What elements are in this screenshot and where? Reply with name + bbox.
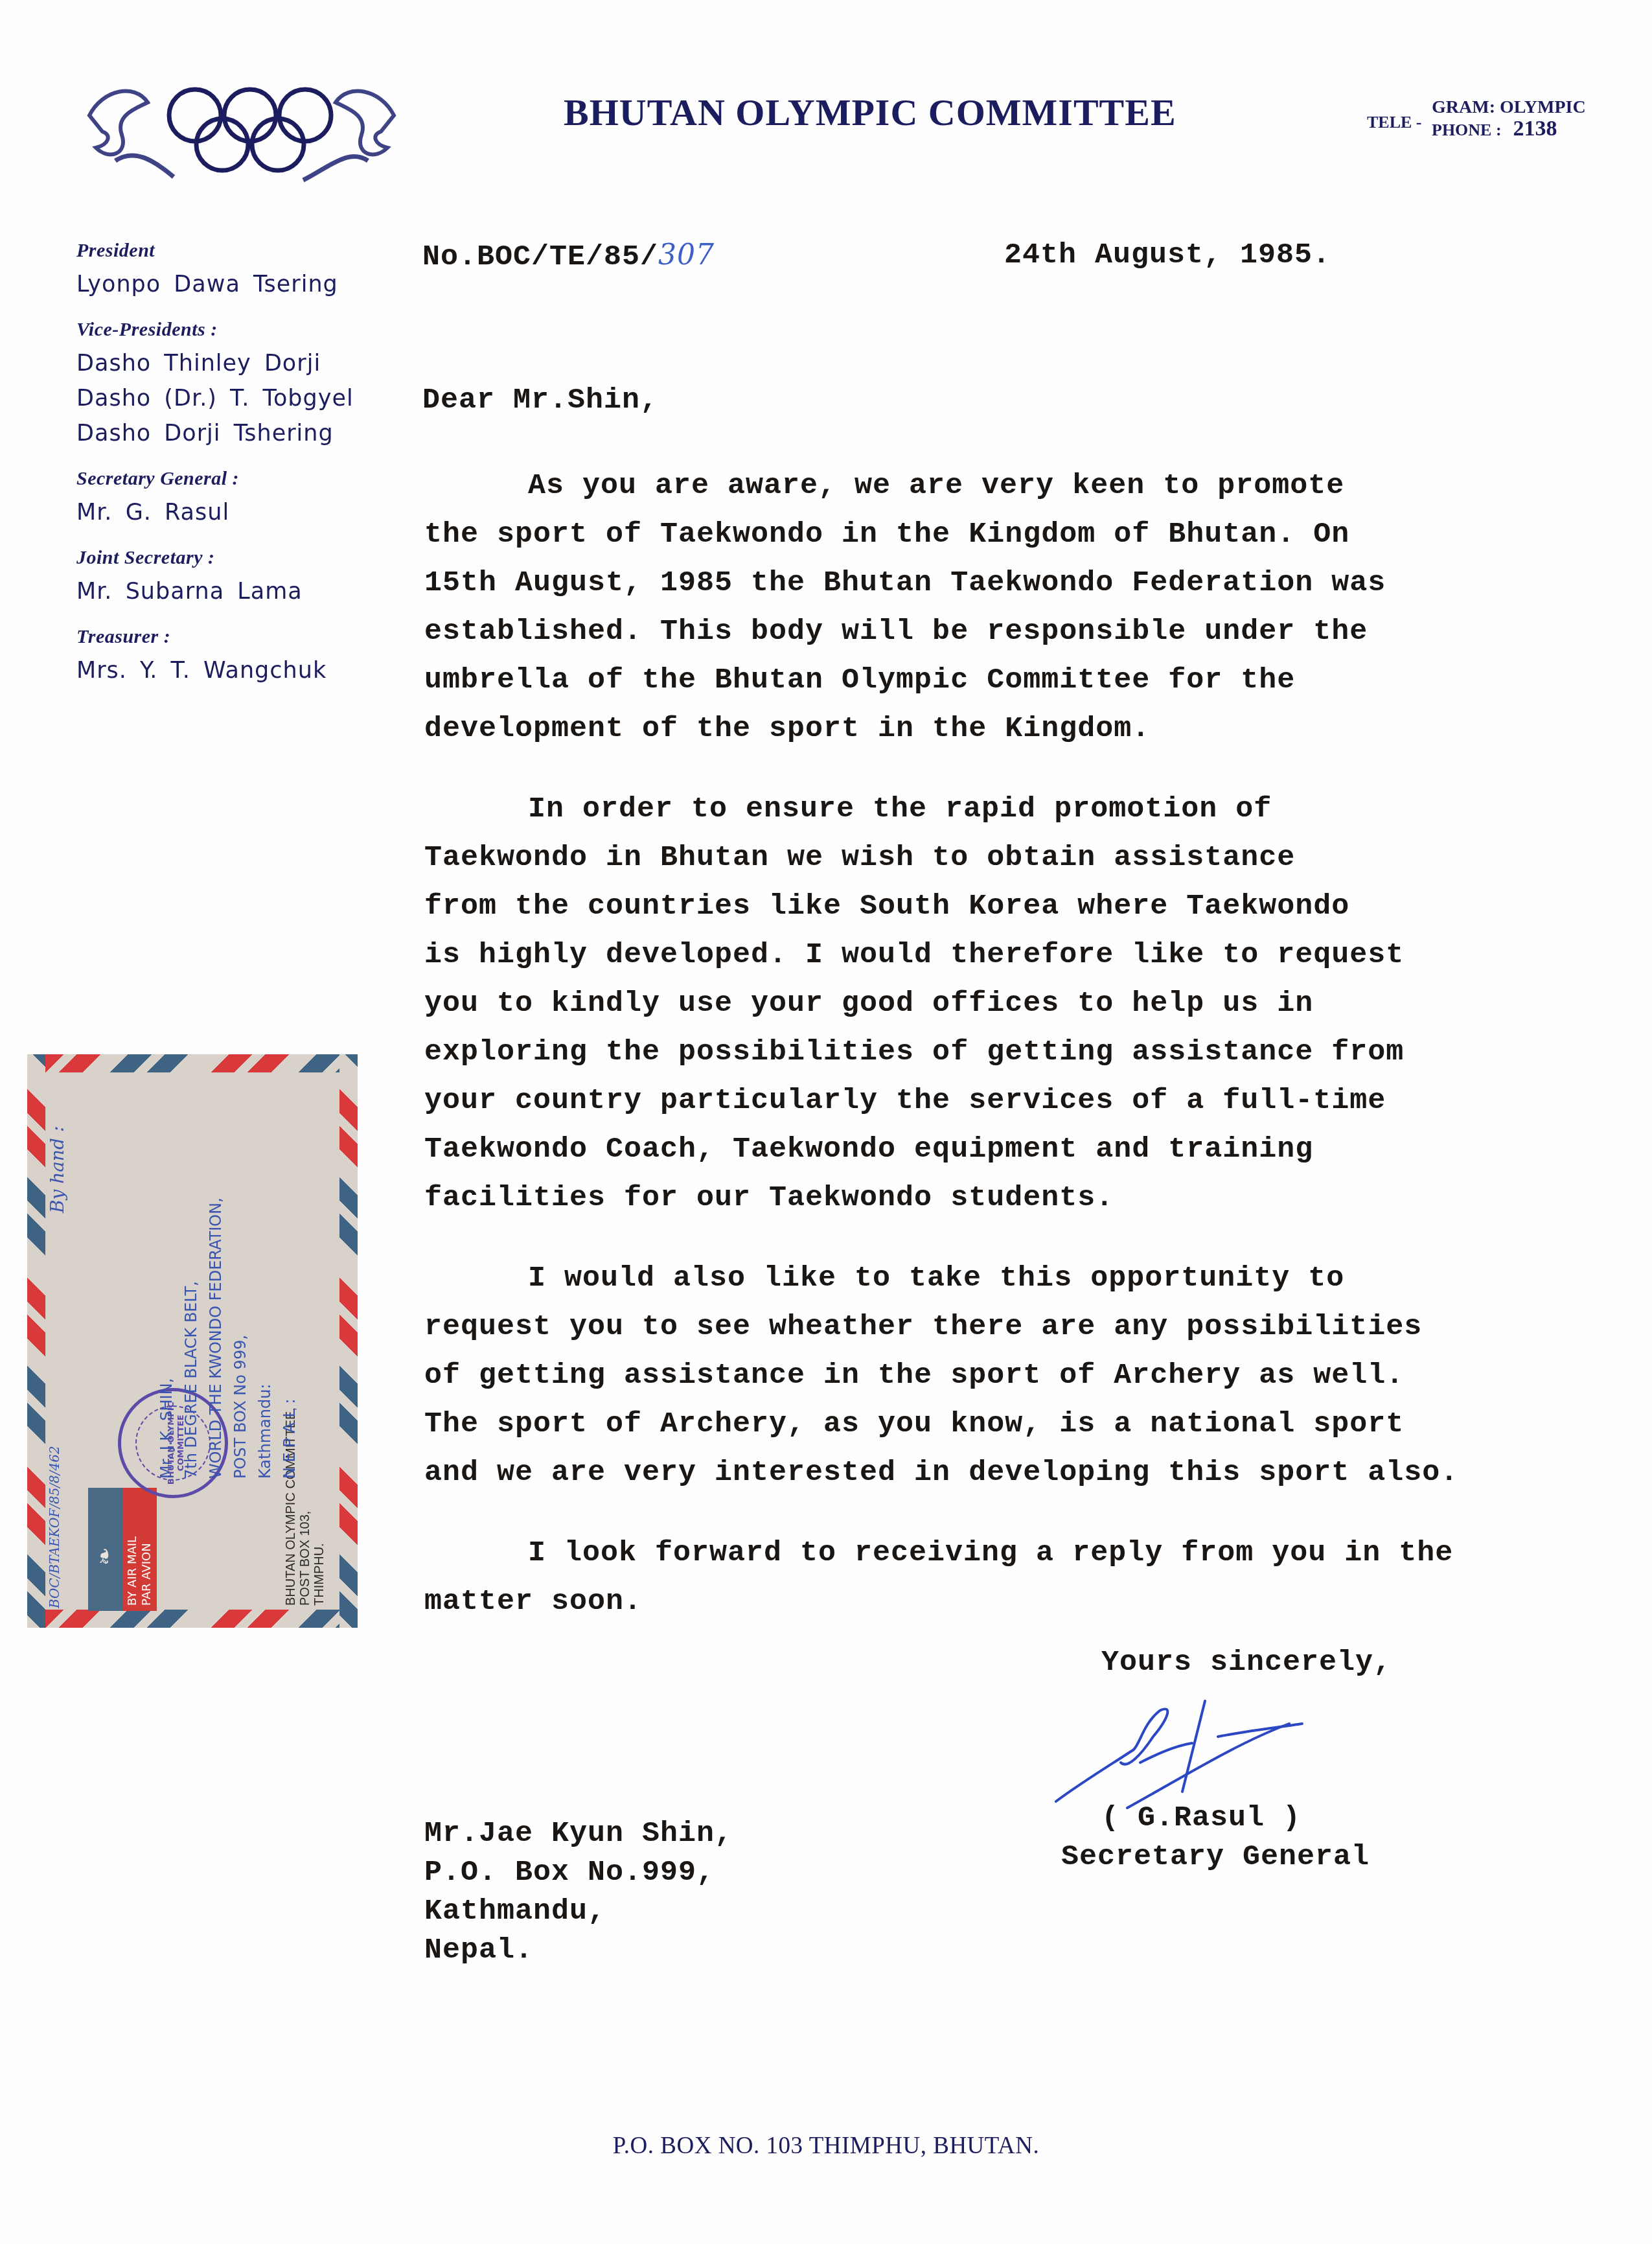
- official-name: Mr. Subarna Lama: [76, 574, 374, 609]
- body-line: is highly developed. I would therefore l…: [424, 931, 1458, 979]
- body-line: I would also like to take this opportuni…: [424, 1254, 1458, 1302]
- airmail-text-panel: BY AIR MAIL PAR AVION: [123, 1488, 157, 1611]
- closing: Yours sincerely,: [1101, 1646, 1392, 1679]
- paragraph: As you are aware, we are very keen to pr…: [424, 461, 1458, 753]
- recipient-line: Mr. J.K. SHIN,: [154, 1197, 179, 1479]
- letter-date: 24th August, 1985.: [1004, 238, 1331, 272]
- body-line: The sport of Archery, as you know, is a …: [424, 1400, 1458, 1448]
- body-line: you to kindly use your good offices to h…: [424, 979, 1458, 1028]
- body-line: Taekwondo Coach, Taekwondo equipment and…: [424, 1125, 1458, 1174]
- reference-handwritten: 307: [658, 238, 715, 272]
- recipient-line: N E P A L :: [277, 1197, 302, 1479]
- body-line: I look forward to receiving a reply from…: [424, 1529, 1458, 1577]
- footer-address: P.O. BOX NO. 103 THIMPHU, BHUTAN.: [0, 2132, 1652, 2160]
- recipient-address: Mr.Jae Kyun Shin, P.O. Box No.999, Kathm…: [424, 1814, 733, 1970]
- airmail-label: ❧ BY AIR MAIL PAR AVION: [88, 1488, 157, 1611]
- wings-icon: ❧: [93, 1547, 118, 1566]
- salutation: Dear Mr.Shin,: [422, 384, 658, 417]
- body-line: In order to ensure the rapid promotion o…: [424, 785, 1458, 833]
- letter-body: As you are aware, we are very keen to pr…: [424, 461, 1458, 1658]
- body-line: facilities for our Taekwondo students.: [424, 1174, 1458, 1222]
- paragraph: I would also like to take this opportuni…: [424, 1254, 1458, 1497]
- envelope-reference: BOC/BTAEKOF/85/8/462: [47, 1446, 62, 1608]
- official-name: Dasho Thinley Dorji: [76, 346, 374, 381]
- recipient-line: 7th DEGREE BLACK BELT,: [179, 1197, 203, 1479]
- body-line: exploring the possibilities of getting a…: [424, 1028, 1458, 1076]
- role-joint-secretary: Joint Secretary :: [76, 547, 374, 569]
- reference-number: No.BOC/TE/85/307: [422, 238, 715, 273]
- body-line: request you to see wheather there are an…: [424, 1302, 1458, 1351]
- reference-typed: No.BOC/TE/85/: [422, 240, 658, 273]
- body-line: umbrella of the Bhutan Olympic Committee…: [424, 656, 1458, 704]
- airmail-text-fr: PAR AVION: [140, 1493, 154, 1606]
- official-name: Mrs. Y. T. Wangchuk: [76, 653, 374, 688]
- envelope-recipient: Mr. J.K. SHIN, 7th DEGREE BLACK BELT, WO…: [154, 1197, 302, 1479]
- airmail-text: BY AIR MAIL: [126, 1493, 140, 1606]
- body-line: matter soon.: [424, 1577, 1458, 1626]
- phone-line: PHONE :2138: [1432, 117, 1557, 141]
- recipient-line: Kathmandu:: [253, 1197, 277, 1479]
- body-line: and we are very interested in developing…: [424, 1448, 1458, 1497]
- address-line: P.O. Box No.999,: [424, 1853, 733, 1892]
- body-line: 15th August, 1985 the Bhutan Taekwondo F…: [424, 559, 1458, 607]
- official-name: Mr. G. Rasul: [76, 495, 374, 530]
- tele-label: TELE -: [1367, 113, 1422, 132]
- address-line: Mr.Jae Kyun Shin,: [424, 1814, 733, 1853]
- body-line: of getting assistance in the sport of Ar…: [424, 1351, 1458, 1400]
- signature-icon: [1043, 1698, 1354, 1814]
- body-line: development of the sport in the Kingdom.: [424, 704, 1458, 753]
- delivery-note: By hand :: [47, 1126, 68, 1213]
- officials-list: President Lyonpo Dawa Tsering Vice-Presi…: [76, 240, 374, 688]
- telegram-address: GRAM: OLYMPIC: [1432, 97, 1586, 118]
- paragraph: In order to ensure the rapid promotion o…: [424, 785, 1458, 1222]
- olympic-rings-logo-icon: [76, 70, 407, 193]
- body-line: As you are aware, we are very keen to pr…: [424, 461, 1458, 510]
- envelope-content: ❧ BY AIR MAIL PAR AVION BHUTAN OLYMPIC C…: [27, 1054, 358, 1628]
- body-line: your country particularly the services o…: [424, 1076, 1458, 1125]
- official-name: Dasho Dorji Tshering: [76, 416, 374, 451]
- phone-label: PHONE :: [1432, 121, 1502, 139]
- signatory-name: ( G.Rasul ): [1101, 1801, 1301, 1834]
- phone-number: 2138: [1513, 117, 1557, 141]
- address-line: Nepal.: [424, 1931, 733, 1970]
- address-line: Kathmandu,: [424, 1892, 733, 1931]
- body-line: established. This body will be responsib…: [424, 607, 1458, 656]
- official-name: Lyonpo Dawa Tsering: [76, 267, 374, 302]
- airmail-wing-panel: ❧: [88, 1488, 123, 1611]
- body-line: Taekwondo in Bhutan we wish to obtain as…: [424, 833, 1458, 882]
- role-treasurer: Treasurer :: [76, 626, 374, 648]
- body-line: the sport of Taekwondo in the Kingdom of…: [424, 510, 1458, 559]
- recipient-line: POST BOX No 999,: [228, 1197, 253, 1479]
- role-vice-presidents: Vice-Presidents :: [76, 319, 374, 341]
- airmail-envelope-image: ❧ BY AIR MAIL PAR AVION BHUTAN OLYMPIC C…: [27, 1054, 358, 1628]
- role-president: President: [76, 240, 374, 262]
- letter-page: BHUTAN OLYMPIC COMMITTEE TELE - GRAM: OL…: [0, 0, 1652, 2244]
- sender-line: THIMPHU.: [312, 1407, 327, 1606]
- official-name: Dasho (Dr.) T. Tobgyel: [76, 381, 374, 416]
- paragraph: I look forward to receiving a reply from…: [424, 1529, 1458, 1626]
- role-secretary-general: Secretary General :: [76, 468, 374, 490]
- body-line: from the countries like South Korea wher…: [424, 882, 1458, 931]
- organization-title: BHUTAN OLYMPIC COMMITTEE: [564, 91, 1176, 134]
- recipient-line: WORLD THE KWONDO FEDERATION,: [203, 1197, 228, 1479]
- signatory-title: Secretary General: [1061, 1840, 1370, 1873]
